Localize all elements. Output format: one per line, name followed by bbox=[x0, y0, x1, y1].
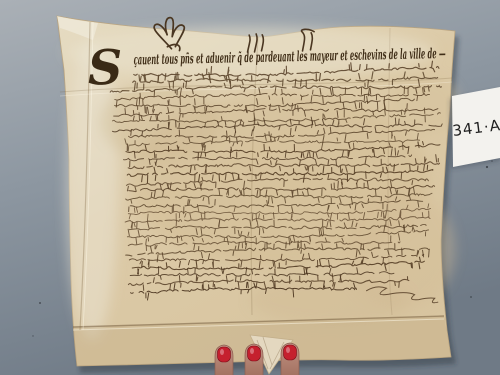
table-speck bbox=[32, 335, 33, 336]
table-speck bbox=[486, 166, 488, 168]
nail-highlight bbox=[286, 347, 290, 353]
fingertip bbox=[215, 345, 233, 375]
fingertip bbox=[245, 344, 263, 375]
photo-canvas: S çauent tous pñs et aduenir q̃ de parde… bbox=[0, 0, 500, 375]
hand-fingers bbox=[215, 343, 299, 375]
nail-highlight bbox=[220, 349, 224, 355]
table-speck bbox=[470, 296, 472, 298]
manuscript-initial: S bbox=[87, 40, 123, 97]
fingernail bbox=[248, 346, 261, 361]
table-speck bbox=[39, 302, 41, 304]
fingertip bbox=[281, 343, 299, 375]
parchment-document: S çauent tous pñs et aduenir q̃ de parde… bbox=[57, 12, 460, 374]
fingernail bbox=[218, 347, 231, 362]
archive-label: 341·A bbox=[450, 87, 500, 169]
nail-highlight bbox=[250, 348, 254, 354]
fingernail bbox=[284, 345, 297, 360]
archive-photo: S çauent tous pñs et aduenir q̃ de parde… bbox=[0, 0, 500, 375]
